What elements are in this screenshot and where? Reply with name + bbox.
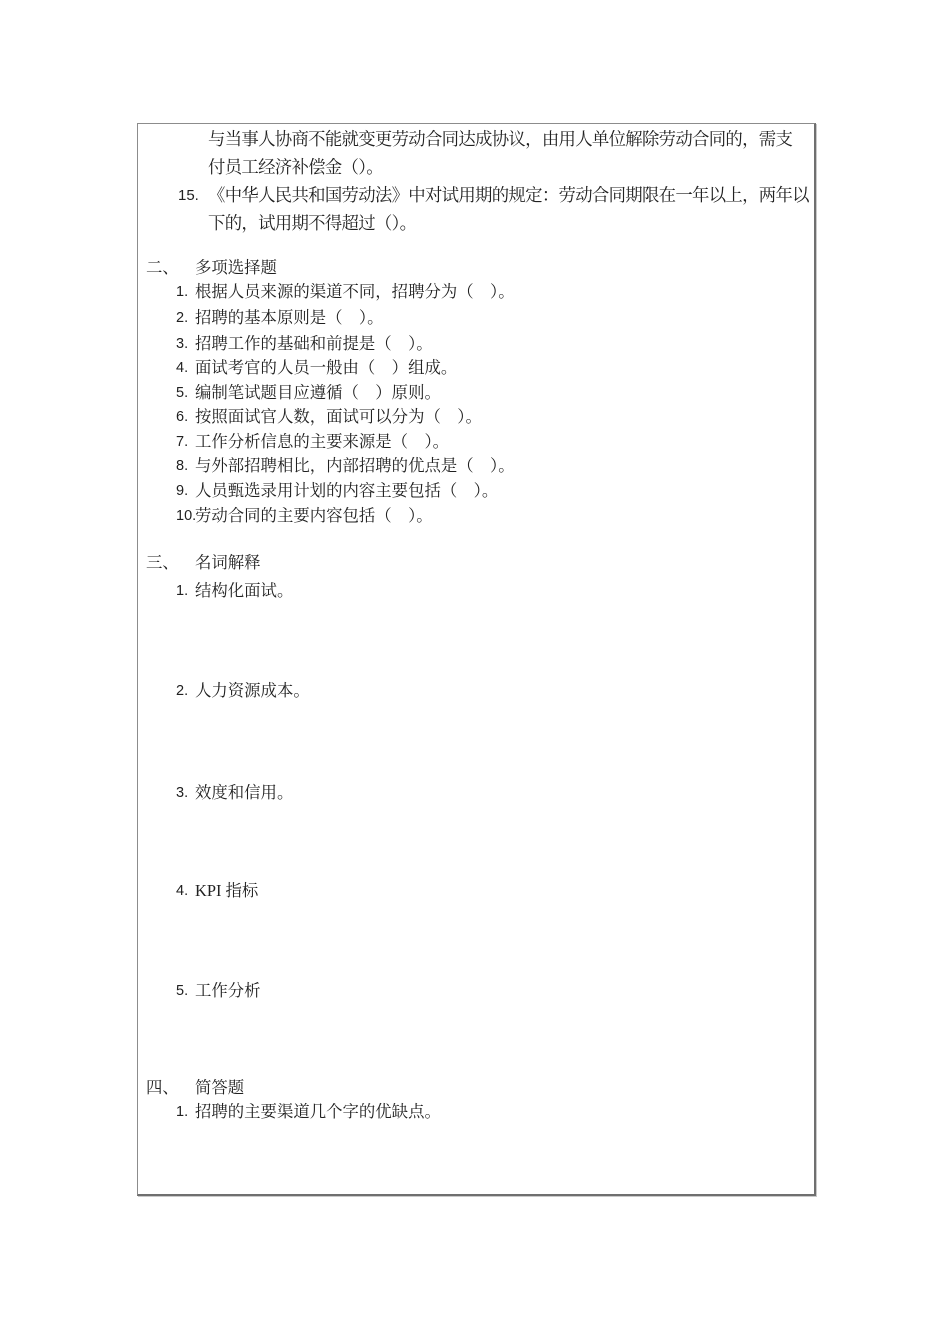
question-sheet-border: 与当事人协商不能就变更劳动合同达成协议，由用人单位解除劳动合同的，需支 付员工经… xyxy=(137,123,816,1196)
question-number: 1. xyxy=(176,282,188,302)
question-number: 9. xyxy=(176,481,188,501)
question-item: 5. 编制笔试题目应遵循（ ）原则。 xyxy=(138,381,810,405)
question-number: 2. xyxy=(176,681,188,701)
question-item: 6. 按照面试官人数，面试可以分为（ ）。 xyxy=(138,405,810,429)
question-text: 根据人员来源的渠道不同，招聘分为（ ）。 xyxy=(195,280,515,304)
section-label: 二、 xyxy=(146,256,179,280)
question-number: 5. xyxy=(176,981,188,1001)
question-item: 1. 根据人员来源的渠道不同，招聘分为（ ）。 xyxy=(138,280,810,304)
question-text: 招聘的基本原则是（ ）。 xyxy=(195,306,384,330)
section-title: 简答题 xyxy=(195,1076,244,1100)
question-number: 1. xyxy=(176,581,188,601)
question-item: 1. 结构化面试。 xyxy=(138,579,810,603)
question-15-line-1: 《中华人民共和国劳动法》中对试用期的规定：劳动合同期限在一年以上，两年以 xyxy=(208,181,809,209)
question-item: 2. 招聘的基本原则是（ ）。 xyxy=(138,306,810,330)
question-text: 劳动合同的主要内容包括（ ）。 xyxy=(195,504,433,528)
question-number: 3. xyxy=(176,334,188,354)
document-page: 与当事人协商不能就变更劳动合同达成协议，由用人单位解除劳动合同的，需支 付员工经… xyxy=(0,0,950,1344)
question-item: 1. 招聘的主要渠道几个字的优缺点。 xyxy=(138,1100,810,1124)
question-text: 人员甄选录用计划的内容主要包括（ ）。 xyxy=(195,479,498,503)
question-item: 3. 效度和信用。 xyxy=(138,781,810,805)
question-15-line-2: 下的，试用期不得超过（）。 xyxy=(208,209,416,237)
section-title: 名词解释 xyxy=(195,551,261,575)
question-number: 3. xyxy=(176,783,188,803)
question-text: 人力资源成本。 xyxy=(195,679,310,703)
question-number: 15. xyxy=(178,186,199,206)
question-text: 招聘工作的基础和前提是（ ）。 xyxy=(195,332,433,356)
question-text: 工作分析 xyxy=(195,979,261,1003)
question-item: 9. 人员甄选录用计划的内容主要包括（ ）。 xyxy=(138,479,810,503)
question-number: 7. xyxy=(176,432,188,452)
section-title: 多项选择题 xyxy=(195,256,277,280)
question-number: 8. xyxy=(176,456,188,476)
question-number: 4. xyxy=(176,358,188,378)
question-item: 10. 劳动合同的主要内容包括（ ）。 xyxy=(138,504,810,528)
question-item: 2. 人力资源成本。 xyxy=(138,679,810,703)
question-text: 面试考官的人员一般由（ ）组成。 xyxy=(195,356,457,380)
section-label: 三、 xyxy=(146,551,179,575)
question-number: 4. xyxy=(176,881,188,901)
question-text: 编制笔试题目应遵循（ ）原则。 xyxy=(195,381,441,405)
section-heading-short-answer: 四、 简答题 xyxy=(138,1076,810,1100)
question-number: 10. xyxy=(176,506,196,526)
section-label: 四、 xyxy=(146,1076,179,1100)
question-text: 效度和信用。 xyxy=(195,781,293,805)
question-text: 结构化面试。 xyxy=(195,579,293,603)
question-text: 招聘的主要渠道几个字的优缺点。 xyxy=(195,1100,441,1124)
question-item: 8. 与外部招聘相比，内部招聘的优点是（ ）。 xyxy=(138,454,810,478)
question-text: 工作分析信息的主要来源是（ ）。 xyxy=(195,430,449,454)
carryover-question-line-1: 与当事人协商不能就变更劳动合同达成协议，由用人单位解除劳动合同的，需支 xyxy=(208,125,792,153)
question-number: 2. xyxy=(176,308,188,328)
question-item: 4. 面试考官的人员一般由（ ）组成。 xyxy=(138,356,810,380)
question-item: 7. 工作分析信息的主要来源是（ ）。 xyxy=(138,430,810,454)
question-item: 5. 工作分析 xyxy=(138,979,810,1003)
question-text: 按照面试官人数，面试可以分为（ ）。 xyxy=(195,405,482,429)
question-text: KPI 指标 xyxy=(195,879,258,903)
section-heading-multiple-choice: 二、 多项选择题 xyxy=(138,256,810,280)
carryover-question-line-2: 付员工经济补偿金（）。 xyxy=(208,153,383,181)
question-item: 3. 招聘工作的基础和前提是（ ）。 xyxy=(138,332,810,356)
question-number: 5. xyxy=(176,383,188,403)
question-number: 6. xyxy=(176,407,188,427)
section-heading-definitions: 三、 名词解释 xyxy=(138,551,810,575)
question-text: 与外部招聘相比，内部招聘的优点是（ ）。 xyxy=(195,454,515,478)
question-item: 4. KPI 指标 xyxy=(138,879,810,903)
question-number: 1. xyxy=(176,1102,188,1122)
